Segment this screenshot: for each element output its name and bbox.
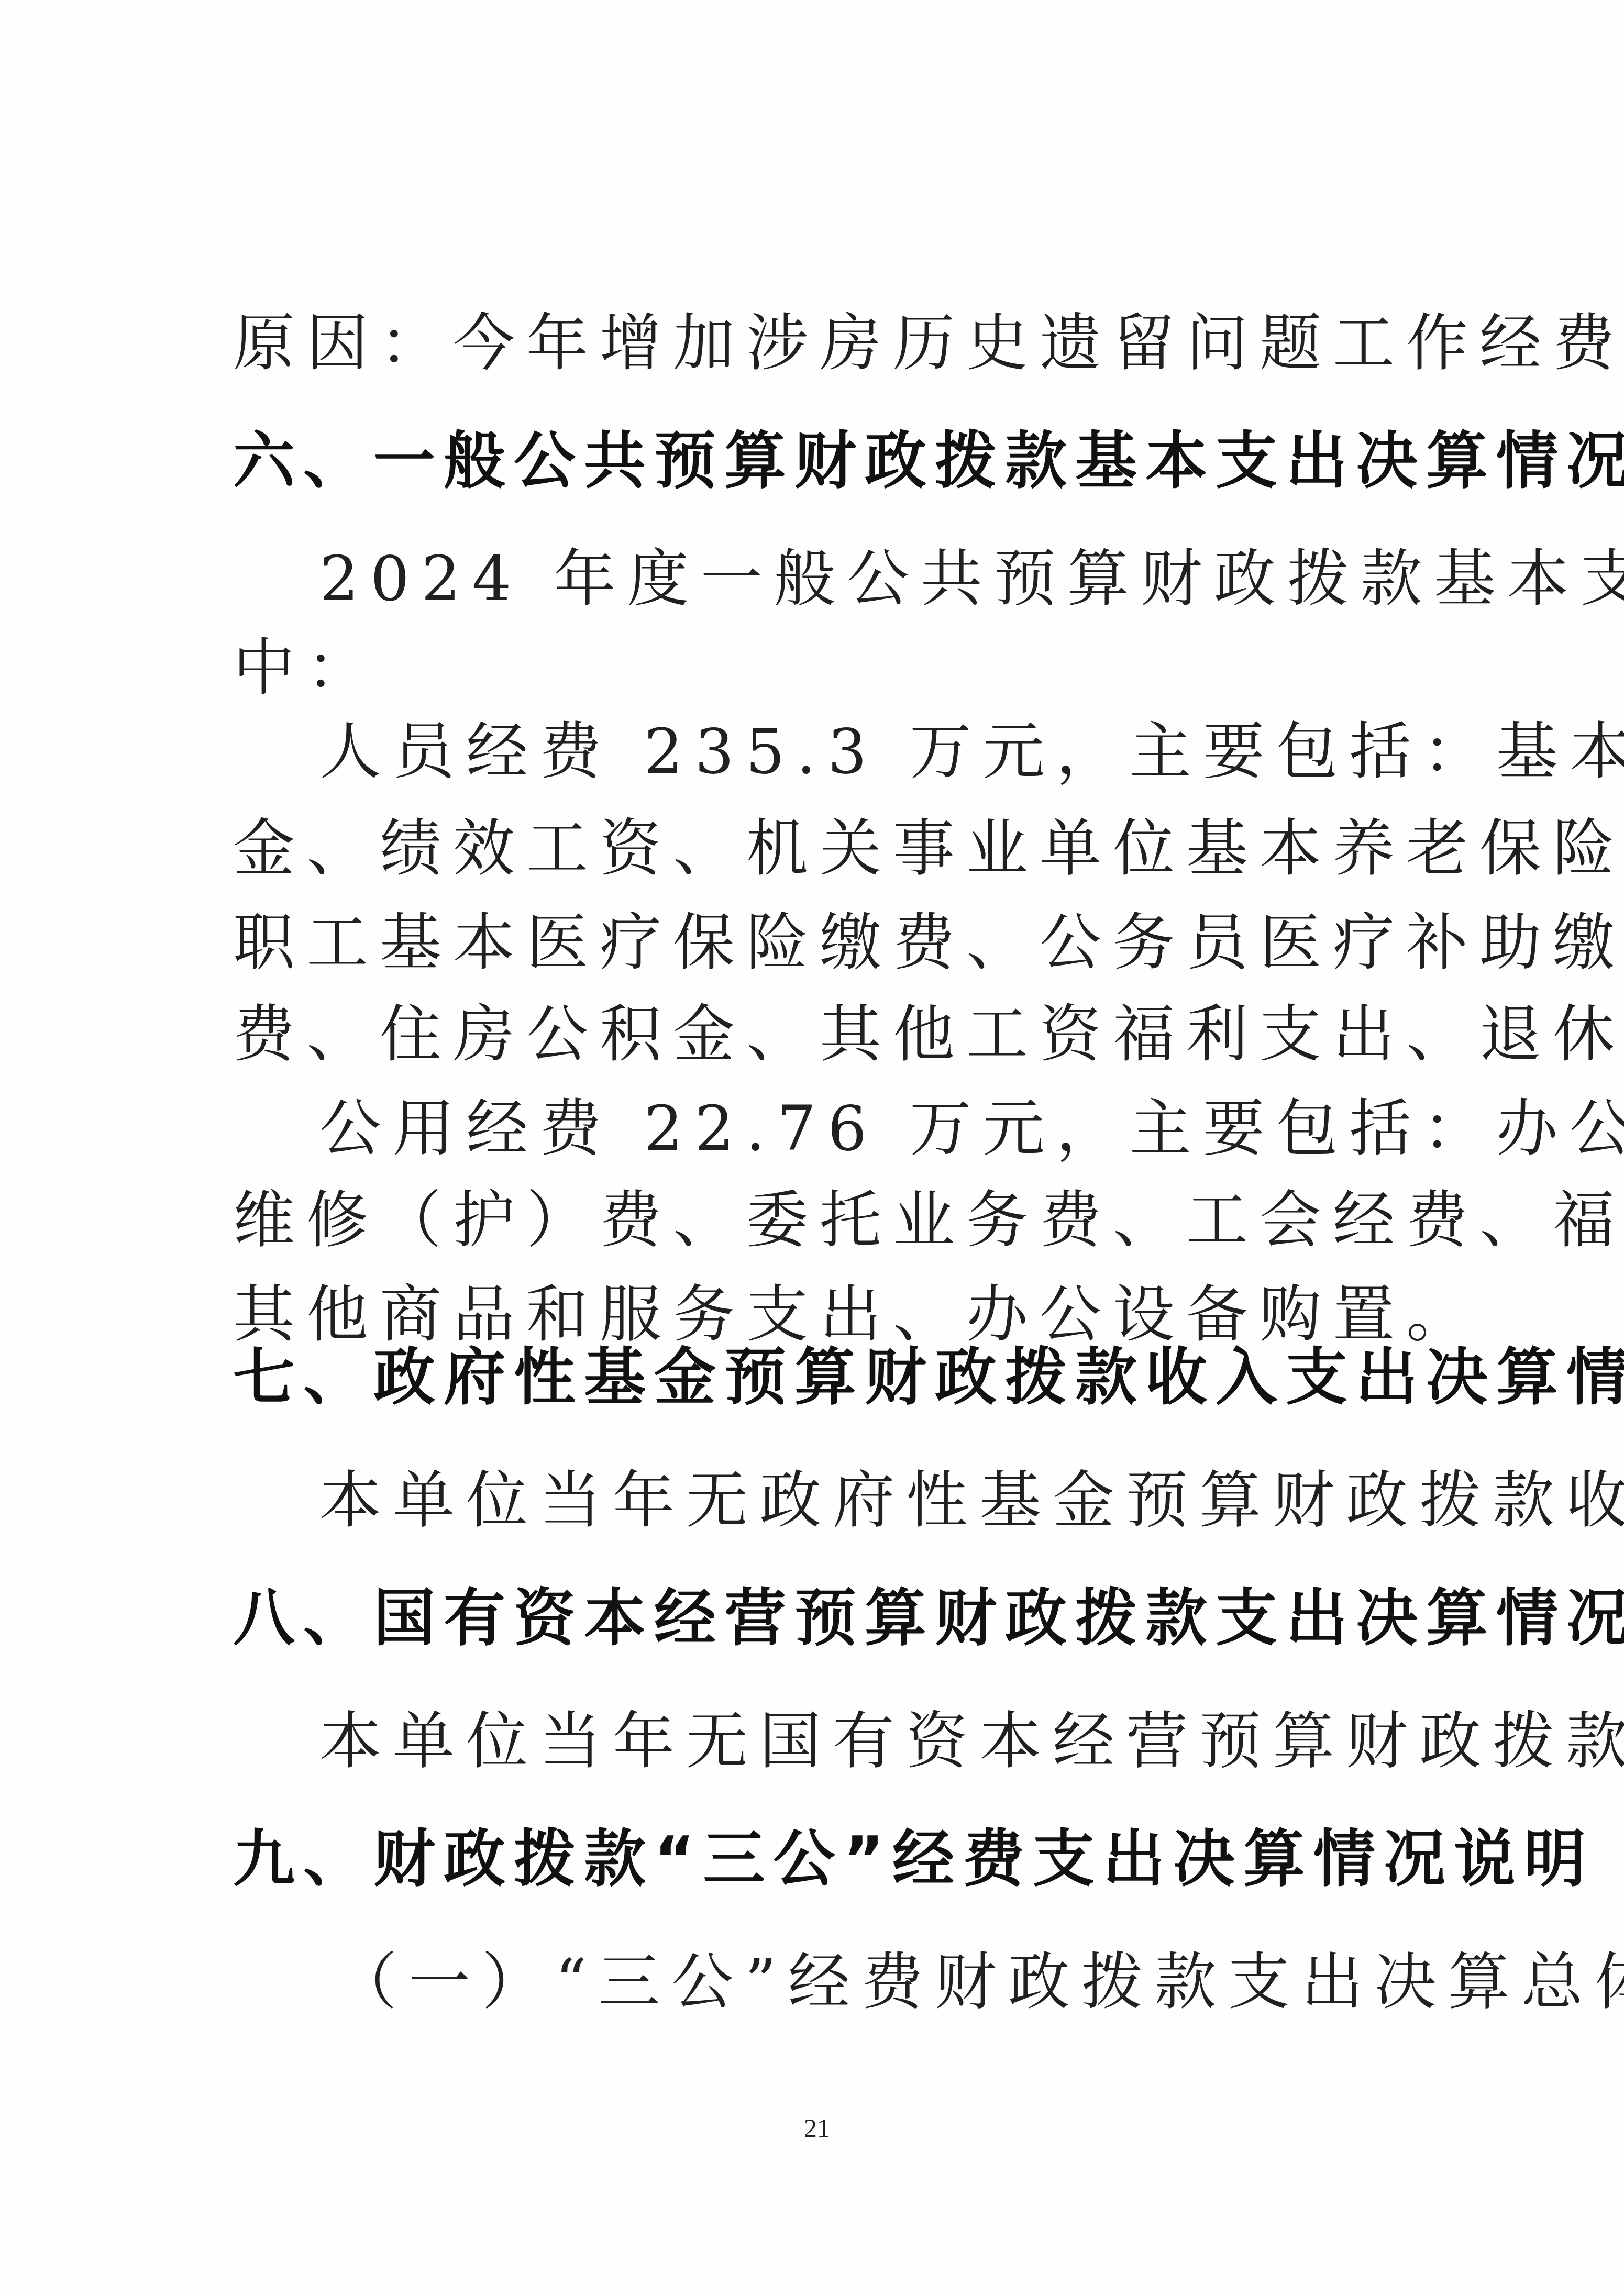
- page-number: 21: [796, 2113, 838, 2143]
- document-page: 原因：今年增加涉房历史遗留问题工作经费。 六、一般公共预算财政拨款基本支出决算情…: [0, 0, 1624, 2296]
- section-8-paragraph: 本单位当年无国有资本经营预算财政拨款支出。: [319, 1702, 1524, 1780]
- section-6-heading: 六、一般公共预算财政拨款基本支出决算情况说明: [233, 422, 1438, 500]
- reason-line: 原因：今年增加涉房历史遗留问题工作经费。: [233, 304, 1438, 382]
- section-7-heading: 七、政府性基金预算财政拨款收入支出决算情况说明: [233, 1338, 1438, 1416]
- section-9-subheading-1: （一）“三公”经费财政拨款支出决算总体情况说明。: [335, 1943, 1540, 2021]
- personnel-expense-line-2: 金、绩效工资、机关事业单位基本养老保险缴费、职业年金缴费、: [233, 809, 1438, 888]
- personnel-expense-line-1: 人员经费 235.3 万元，主要包括：基本工资、津贴补贴、奖: [319, 712, 1524, 791]
- public-expense-line-1: 公用经费 22.76 万元，主要包括：办公费、邮电费、差旅费、: [319, 1089, 1524, 1168]
- personnel-expense-line-4: 费、住房公积金、其他工资福利支出、退休费。: [233, 995, 1438, 1073]
- section-9-heading: 九、财政拨款“三公”经费支出决算情况说明: [233, 1820, 1438, 1898]
- public-expense-line-2: 维修（护）费、委托业务费、工会经费、福利费、其他交通费用、: [233, 1181, 1438, 1259]
- section-8-heading: 八、国有资本经营预算财政拨款支出决算情况说明: [233, 1579, 1438, 1657]
- section-7-paragraph: 本单位当年无政府性基金预算财政拨款收入支出。: [319, 1461, 1524, 1539]
- personnel-expense-line-3: 职工基本医疗保险缴费、公务员医疗补助缴费、其他社会保障缴: [233, 903, 1438, 982]
- section-6-paragraph-line-2: 中：: [233, 628, 1438, 707]
- section-6-paragraph-line-1: 2024 年度一般公共预算财政拨款基本支出 258.06 万元，其: [319, 539, 1524, 618]
